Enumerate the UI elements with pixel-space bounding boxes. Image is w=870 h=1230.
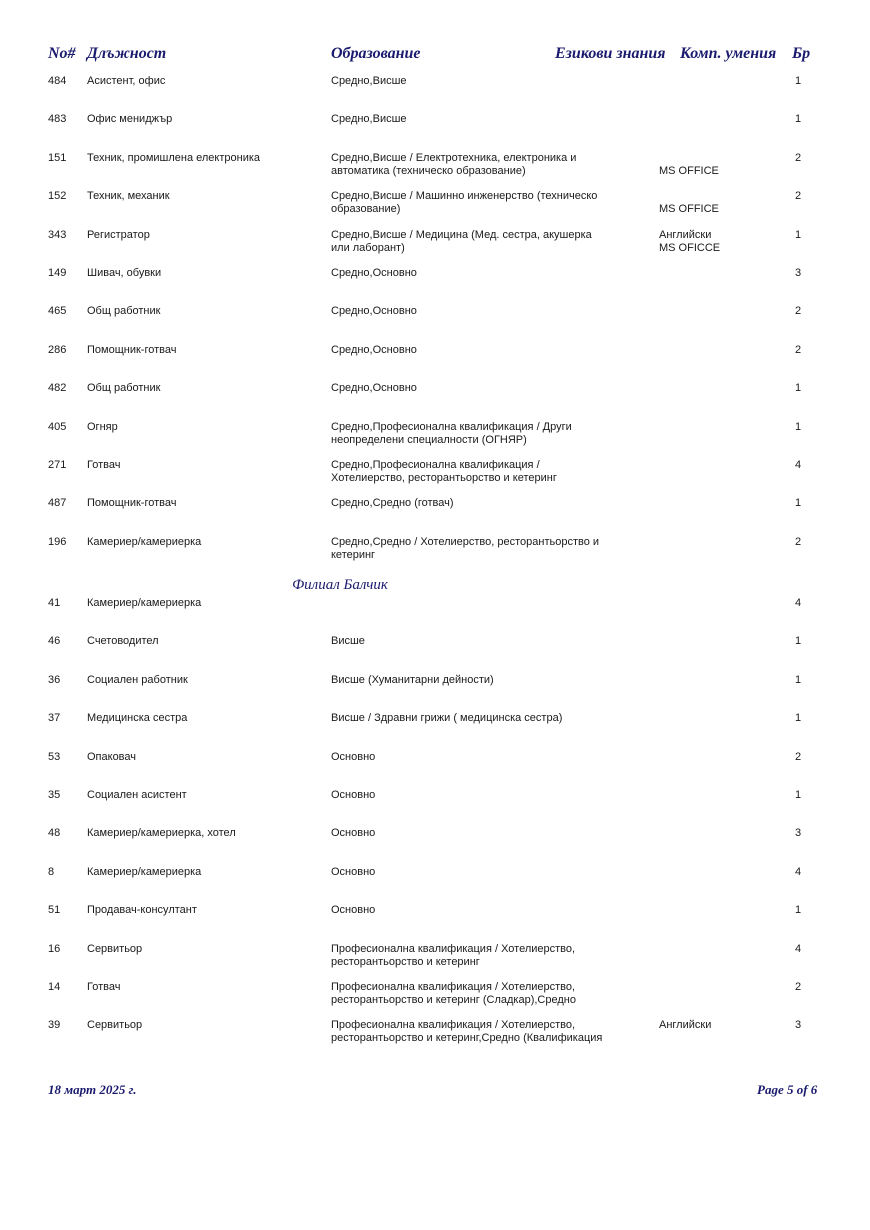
row-position: Сервитьор [87,1019,142,1032]
row-number: 286 [48,344,66,357]
row-count: 1 [795,904,801,917]
row-count: 2 [795,536,801,549]
row-education: Основно [331,751,631,764]
row-number: 51 [48,904,60,917]
row-education: Средно,Основно [331,382,631,395]
footer-date: 18 март 2025 г. [48,1082,136,1098]
row-count: 1 [795,75,801,88]
row-education: Средно,Професионална квалификация / Друг… [331,421,631,447]
row-number: 405 [48,421,66,434]
row-education: Средно,Основно [331,267,631,280]
row-education: Висше [331,635,631,648]
row-education: Средно,Висше [331,75,631,88]
row-education: Средно,Висше / Машинно инженерство (техн… [331,190,631,216]
row-count: 1 [795,497,801,510]
row-count: 2 [795,305,801,318]
row-number: 149 [48,267,66,280]
row-number: 343 [48,229,66,242]
row-education: Средно,Висше [331,113,631,126]
row-education: Средно,Средно / Хотелиерство, ресторанть… [331,536,631,562]
row-count: 2 [795,981,801,994]
row-position: Помощник-готвач [87,344,176,357]
row-education: Основно [331,789,631,802]
row-position: Камериер/камериерка [87,536,201,549]
row-count: 1 [795,421,801,434]
row-education: Средно,Висше / Медицина (Мед. сестра, ак… [331,229,631,255]
row-count: 1 [795,674,801,687]
row-count: 1 [795,229,801,242]
row-languages: Английски [659,1019,711,1032]
row-education: Основно [331,866,631,879]
header-position: Длъжност [87,45,166,63]
row-position: Опаковач [87,751,136,764]
row-position: Камериер/камериерка, хотел [87,827,236,840]
row-education: Основно [331,904,631,917]
header-languages: Езикови знания [555,45,666,63]
row-number: 487 [48,497,66,510]
row-number: 271 [48,459,66,472]
row-number: 8 [48,866,54,879]
row-count: 4 [795,866,801,879]
row-number: 465 [48,305,66,318]
row-count: 1 [795,712,801,725]
footer-page-number: Page 5 of 6 [757,1082,817,1098]
row-education: Основно [331,827,631,840]
row-position: Асистент, офис [87,75,165,88]
header-computer-skills: Комп. умения [680,45,776,63]
row-number: 196 [48,536,66,549]
row-education: Средно,Основно [331,344,631,357]
row-number: 39 [48,1019,60,1032]
row-position: Огняр [87,421,118,434]
row-computer-skills: MS OFICCE [659,242,720,255]
row-count: 2 [795,152,801,165]
row-number: 35 [48,789,60,802]
row-position: Офис мениджър [87,113,172,126]
row-position: Счетоводител [87,635,159,648]
row-number: 483 [48,113,66,126]
section-title-balchik: Филиал Балчик [0,577,680,594]
row-number: 48 [48,827,60,840]
row-education: Професионална квалификация / Хотелиерств… [331,943,631,969]
row-position: Медицинска сестра [87,712,187,725]
row-position: Социален работник [87,674,188,687]
row-number: 46 [48,635,60,648]
row-computer-skills: MS OFFICE [659,203,719,216]
header-count: Бр [792,45,810,63]
row-number: 484 [48,75,66,88]
row-education: Висше / Здравни грижи ( медицинска сестр… [331,712,631,725]
row-languages: Английски [659,229,711,242]
header-no: No# [48,45,76,63]
row-number: 36 [48,674,60,687]
row-count: 1 [795,789,801,802]
row-education: Средно,Средно (готвач) [331,497,631,510]
row-count: 2 [795,344,801,357]
row-position: Готвач [87,459,120,472]
row-position: Готвач [87,981,120,994]
row-education: Средно,Висше / Електротехника, електрони… [331,152,631,178]
row-education: Висше (Хуманитарни дейности) [331,674,631,687]
row-position: Техник, промишлена електроника [87,152,260,165]
row-count: 1 [795,382,801,395]
row-position: Общ работник [87,305,160,318]
row-computer-skills: MS OFFICE [659,165,719,178]
row-count: 1 [795,635,801,648]
row-number: 16 [48,943,60,956]
row-position: Помощник-готвач [87,497,176,510]
row-count: 3 [795,1019,801,1032]
row-position: Камериер/камериерка [87,597,201,610]
row-position: Регистратор [87,229,150,242]
row-count: 3 [795,267,801,280]
row-education: Професионална квалификация / Хотелиерств… [331,1019,631,1045]
row-position: Общ работник [87,382,160,395]
row-number: 37 [48,712,60,725]
row-number: 151 [48,152,66,165]
row-position: Продавач-консултант [87,904,197,917]
row-count: 1 [795,113,801,126]
row-number: 53 [48,751,60,764]
row-number: 152 [48,190,66,203]
row-count: 2 [795,190,801,203]
header-education: Образование [331,45,421,63]
row-position: Камериер/камериерка [87,866,201,879]
row-position: Сервитьор [87,943,142,956]
row-count: 3 [795,827,801,840]
row-education: Средно,Основно [331,305,631,318]
row-position: Шивач, обувки [87,267,161,280]
row-count: 4 [795,597,801,610]
row-education: Професионална квалификация / Хотелиерств… [331,981,631,1007]
row-position: Техник, механик [87,190,170,203]
row-education: Средно,Професионална квалификация / Хоте… [331,459,631,485]
row-count: 2 [795,751,801,764]
row-position: Социален асистент [87,789,187,802]
row-number: 14 [48,981,60,994]
row-count: 4 [795,943,801,956]
row-number: 41 [48,597,60,610]
row-number: 482 [48,382,66,395]
row-count: 4 [795,459,801,472]
